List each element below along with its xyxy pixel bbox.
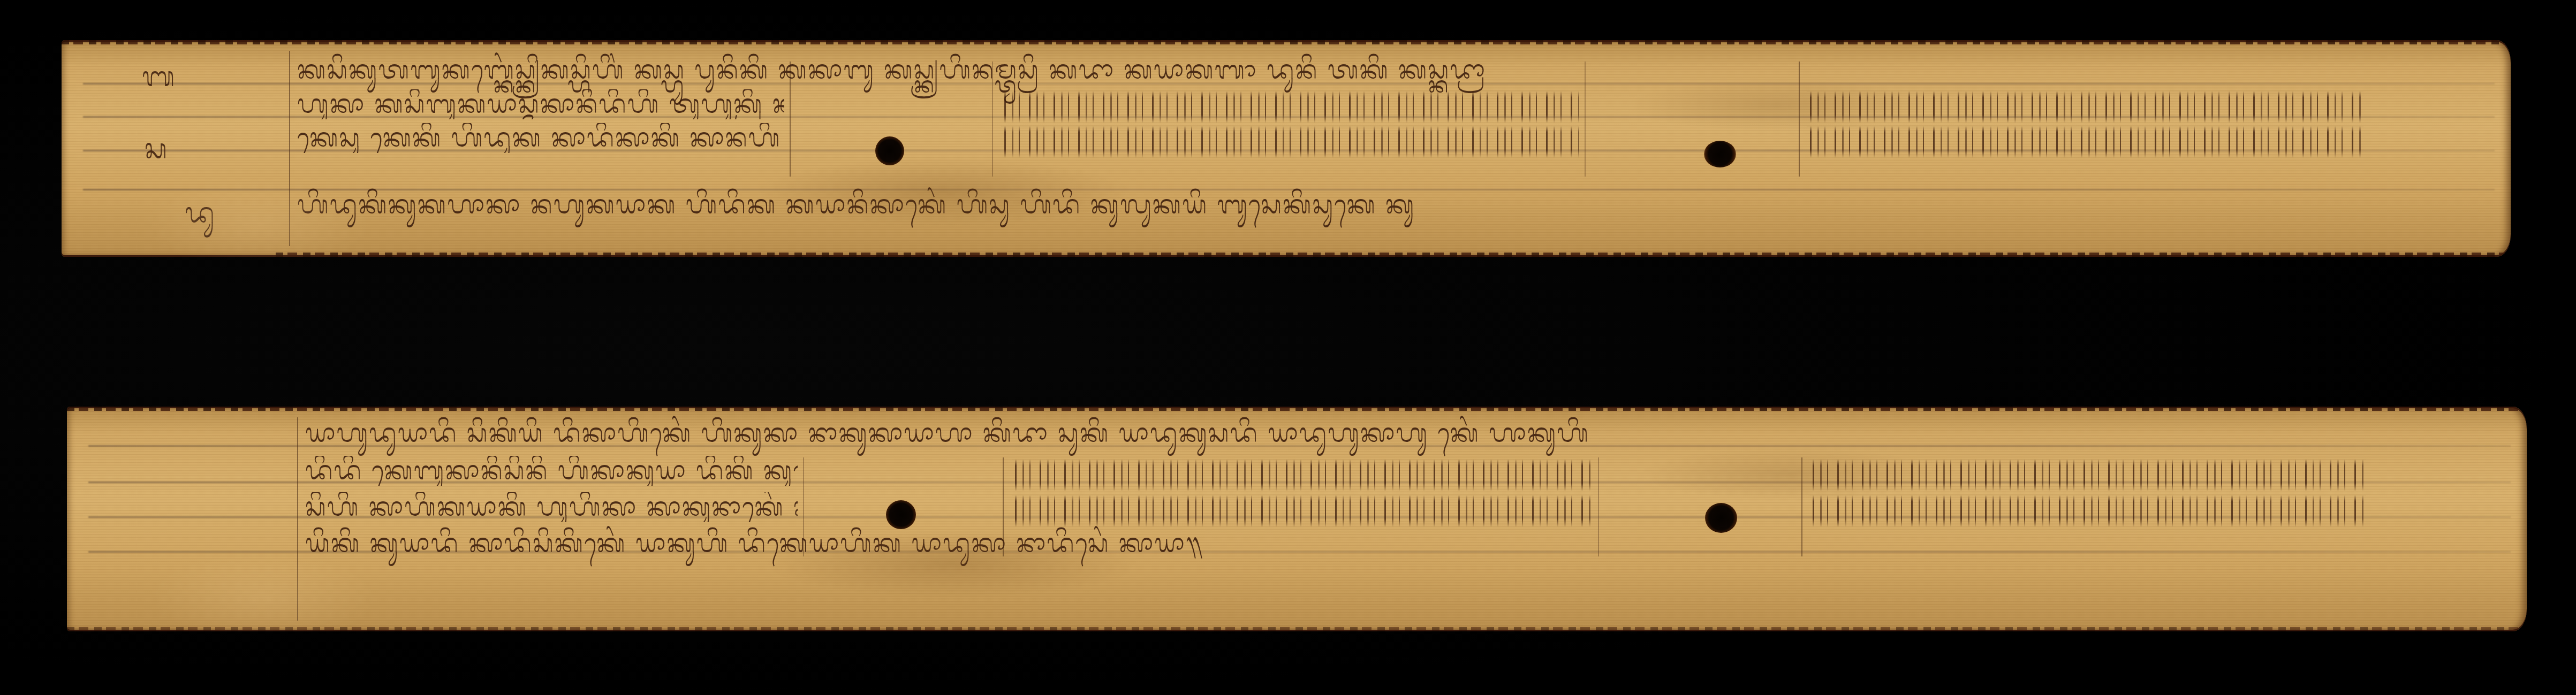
page-marker-glyph: ᬤᬸ [185, 193, 215, 243]
string-hole [886, 500, 916, 529]
manuscript-line-middle [1012, 495, 1593, 527]
column-rule [1598, 457, 1599, 556]
string-hole [1705, 503, 1737, 533]
manuscript-line-middle [1001, 91, 1579, 123]
manuscript-line: ᬓᬾᬲᬸ ᬓᬾᬓᬶ ᬳᬶᬤᬸᬓ ᬓᬵᬤᬶᬓᬵᬓᬶ ᬓᬵᬦᬳᬶ ᬦᬓᬶᬓᬲᬸᬮᬾ … [297, 123, 784, 153]
edge-wear [67, 407, 2527, 411]
manuscript-line: ᬬᬶᬓᬶ ᬓᬸᬬᬵᬤᬶ ᬓᬵᬤᬶᬲᬶᬓᬶᬓᬾᬂ ᬬᬵᬓᬸᬳᬶ ᬤᬶᬓᬾᬬᬵᬳᬶᬓ… [305, 529, 1203, 559]
manuscript-line-right [1807, 126, 2363, 158]
manuscript-line: ᬤᬶᬤᬶ ᬓᬾᬩᬸᬓᬵᬦᬶᬲᬶᬦᬶ ᬳᬶᬓᬵᬓᬸᬬᬵ ᬤᬶᬓᬶ ᬓᬸᬓᬾᬓᬵᬓᬸ… [305, 456, 798, 486]
palm-leaf-upper: ᬩ ᬲ ᬤᬸ ᬓᬲᬶᬓᬸᬢᬩᬸᬓᬩ᭄ᬓᬾᬂᬲ᭄ᬓ᭄ᬭᬶᬓᬲ᭄ᬳᬶᬳᬶᬂ ᬓᬲ᭄ᬳ… [62, 40, 2511, 257]
margin-rule [289, 51, 290, 246]
manuscript-line-middle [1001, 126, 1579, 158]
string-hole [875, 136, 904, 165]
manuscript-line: ᬳᬸᬓᬵ ᬓᬲᬶᬩᬸᬓᬬᬵᬲ᭄ᬫᬓᬵᬦᬶᬤᬶᬳᬶ ᬢᬸᬳᬸᬓ᭄ᬭᬶ ᬓᬵᬓᬵᬓᬵ… [297, 89, 784, 119]
edge-wear [276, 253, 2511, 257]
manuscript-line-right [1807, 91, 2363, 123]
page-marker-glyph: ᬩ [142, 56, 175, 106]
manuscript-line-right [1809, 495, 2366, 527]
manuscript-line: ᬬᬵᬳᬸᬤᬸᬬᬵᬤᬶ ᬲᬶᬓᬶᬬᬶ ᬤᬶᬓᬵᬳᬶᬓᬾᬂ ᬳᬶᬓᬸᬓᬵ ᬦᬵᬓᬸᬓ… [305, 418, 1589, 448]
manuscript-line: ᬓᬲᬶᬓᬸᬢᬩᬸᬓᬩ᭄ᬓᬾᬂᬲ᭄ᬓ᭄ᬭᬶᬓᬲ᭄ᬳᬶᬳᬶᬂ ᬓᬲ᭄ᬳᬸ ᬧᬸᬦᬶᬓ… [297, 55, 1486, 85]
manuscript-line: ᬲᬶᬳᬶ ᬓᬵᬳᬶᬓᬬᬵᬓᬶ ᬳᬸᬳᬶᬓᬵ ᬓᬵᬓᬸᬦᬵᬓᬾᬂ ᬲᬶᬳᬶ ᬓᬵᬓ… [305, 492, 798, 522]
black-background: ᬩ ᬲ ᬤᬸ ᬓᬲᬶᬓᬸᬢᬩᬸᬓᬩ᭄ᬓᬾᬂᬲ᭄ᬓ᭄ᬭᬶᬓᬲ᭄ᬳᬶᬳᬶᬂ ᬓᬲ᭄ᬳ… [0, 0, 2576, 695]
palm-leaf-lower: ᬬᬵᬳᬸᬤᬸᬬᬵᬤᬶ ᬲᬶᬓᬶᬬᬶ ᬤᬶᬓᬵᬳᬶᬓᬾᬂ ᬳᬶᬓᬸᬓᬵ ᬦᬵᬓᬸᬓ… [67, 407, 2527, 631]
margin-rule [297, 417, 298, 621]
string-hole [1704, 141, 1736, 167]
column-rule [1799, 62, 1800, 177]
page-marker-glyph: ᬲ [145, 128, 167, 179]
edge-wear [62, 40, 2511, 44]
manuscript-line-middle [1012, 459, 1593, 491]
edge-wear [67, 627, 2527, 631]
column-rule [1585, 62, 1586, 177]
manuscript-line-right [1809, 459, 2366, 491]
manuscript-line: ᬳᬶᬤᬸᬓᬶᬓᬸᬓᬳᬵᬓᬵ ᬦᬳᬸᬓᬬᬵᬓ ᬳᬶᬤᬶᬓ ᬓᬬᬵᬦᬶᬓᬵᬓᬾᬂ ᬳ… [297, 190, 1415, 220]
column-rule [1801, 457, 1802, 556]
